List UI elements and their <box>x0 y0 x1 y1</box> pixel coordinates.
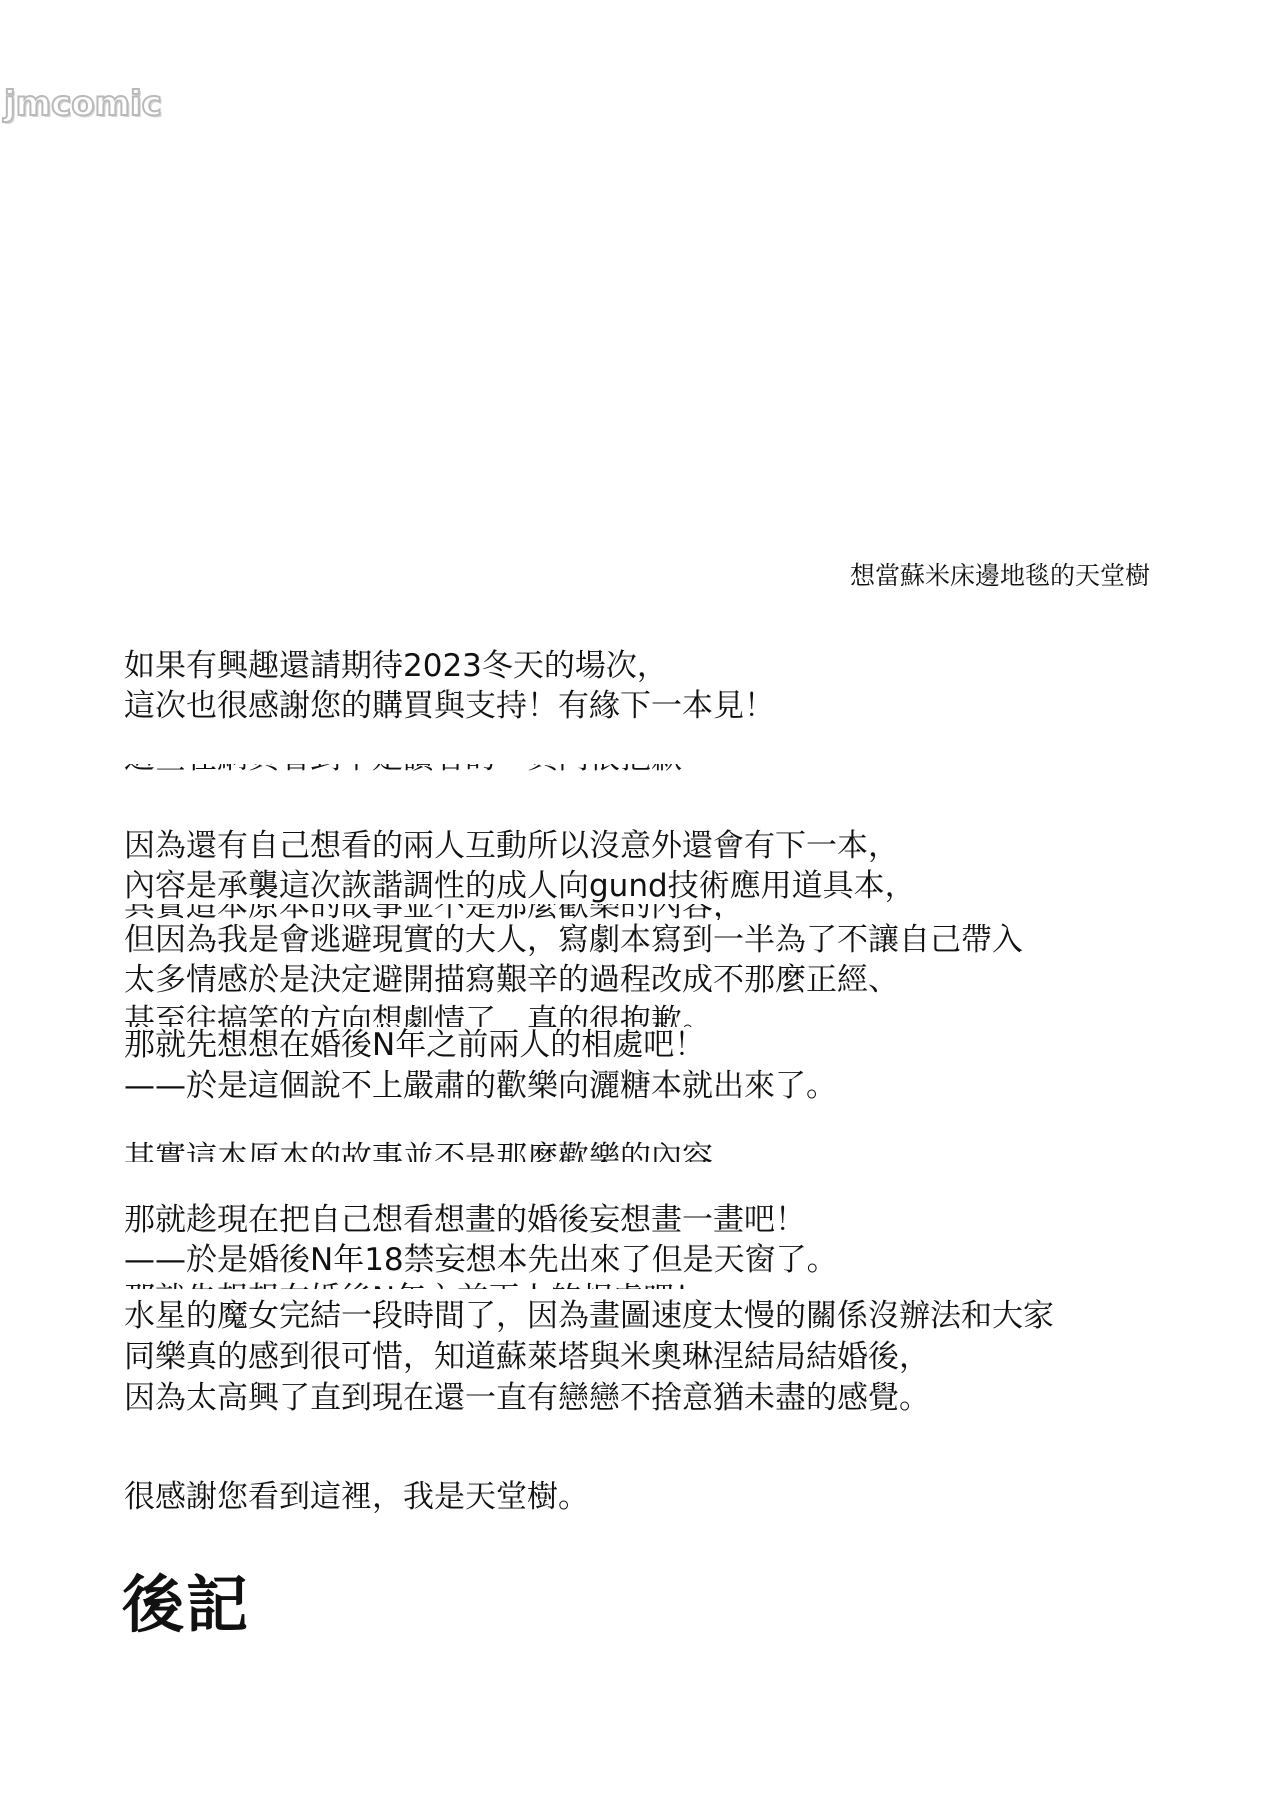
text-line: 但因為我是會逃避現實的大人，寫劇本寫到一半為了不讓自己帶入 <box>124 920 1023 960</box>
clipped-text-fragment: 其實這本原本的故事並不是那麼歡樂的內容， <box>124 1138 744 1162</box>
text-line: 如果有興趣還請期待2023冬天的場次， <box>124 646 668 686</box>
text-line: 同樂真的感到很可惜，知道蘇萊塔與米奧琳涅結局結婚後， <box>124 1337 930 1377</box>
text-line: 這次也很感謝您的購買與支持！有緣下一本見！ <box>124 686 775 726</box>
text-line: 水星的魔女完結一段時間了，因為畫圖速度太慢的關係沒辦法和大家 <box>124 1296 1054 1336</box>
clipped-text: 其實這本原本的故事並不是那麼歡樂的內容， <box>124 1138 744 1162</box>
afterword-title: 後記 <box>122 1555 250 1644</box>
clipped-text: 其實這本原本的故事並不是那麼歡樂的內容， <box>124 904 744 920</box>
text-line: ——於是這個說不上嚴肅的歡樂向灑糖本就出來了。 <box>124 1066 837 1106</box>
clipped-text-fragment: 甚至往搞笑的方向想劇情了，真的很抱歉。 <box>124 1001 713 1027</box>
text-line: 太多情感於是決定避開描寫艱辛的過程改成不那麼正經、 <box>124 960 899 1000</box>
text-line: 那就趁現在把自己想看想畫的婚後妄想畫一畫吧！ <box>124 1200 806 1240</box>
text-line: 那就先想想在婚後N年之前兩人的相處吧！ <box>124 1025 705 1065</box>
watermark-logo: jmcomic <box>4 84 162 124</box>
clipped-text: 甚至往搞笑的方向想劇情了，真的很抱歉。 <box>124 1001 713 1027</box>
author-signature: 想當蘇米床邊地毯的天堂樹 <box>850 556 1150 592</box>
text-line: ——於是婚後N年18禁妄想本先出來了但是天窗了。 <box>124 1240 838 1280</box>
clipped-text-fragment: 那就先想想在婚後N年之前兩人的相處吧！ <box>124 1279 705 1289</box>
clipped-text: 這些在網頁看到不是讀者的一頁內很抱歉 <box>124 764 682 778</box>
text-line: 因為還有自己想看的兩人互動所以沒意外還會有下一本， <box>124 826 899 866</box>
clipped-text: 那就先想想在婚後N年之前兩人的相處吧！ <box>124 1279 705 1289</box>
text-line: 內容是承襲這次詼諧調性的成人向gund技術應用道具本， <box>124 866 916 906</box>
clipped-text-fragment: 這些在網頁看到不是讀者的一頁內很抱歉 <box>124 764 682 778</box>
text-line: 很感謝您看到這裡，我是天堂樹。 <box>124 1477 589 1517</box>
clipped-text-fragment: 其實這本原本的故事並不是那麼歡樂的內容， <box>124 904 744 920</box>
text-line: 因為太高興了直到現在還一直有戀戀不捨意猶未盡的感覺。 <box>124 1378 930 1418</box>
